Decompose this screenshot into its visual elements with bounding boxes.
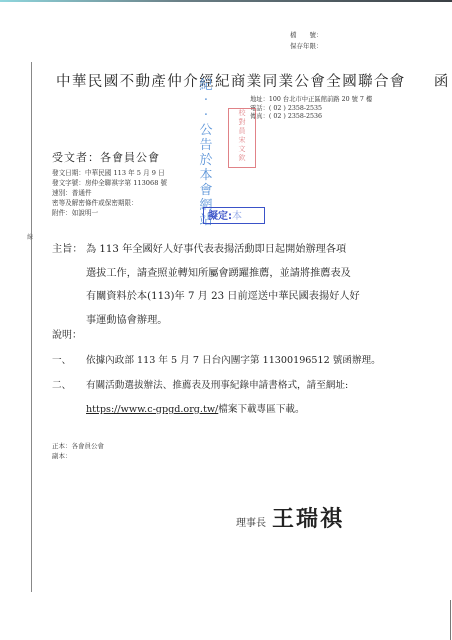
delivery-speed: 速別：普通件 [52,188,167,198]
scan-right-edge [450,600,451,640]
document-type: 函 [434,74,450,90]
file-no-label: 檔 號： [290,30,323,41]
attachment: 附件：如說明一 [52,208,167,218]
approval-stamp: 擬定:本 [203,207,265,224]
explanation-item-2: 二、有關活動選拔辦法、推薦表及刑事紀錄申請書格式，請至網址: [52,377,348,391]
red-proofreader-seal: 校 對 員 宋 文 欽 [228,108,256,168]
subject-line: 選拔工作，請查照並轉知所屬會踴躍推薦，並請將推薦表及 [86,262,432,286]
subject-line: 事運動協會辦理。 [86,309,432,333]
fax: 傳真：( 02 ) 2358-2536 [250,113,372,122]
organization-name: 中華民國不動產仲介經紀商業同業公會全國聯合會 [56,74,406,90]
signer-role: 理事長 [236,518,266,529]
document-title: 中華民國不動產仲介經紀商業同業公會全國聯合會函 [56,70,450,91]
file-meta: 檔 號： 保存年限： [290,30,323,52]
copies: 正本：各會員公會 副本： [52,441,104,461]
recipient: 受文者：各會員公會 [52,149,160,165]
subject-label: 主旨： [52,238,83,262]
scan-top-edge [0,0,452,2]
explanation-item-2-cont: https://www.c-gpgd.org.tw/檔案下載專區下載。 [86,401,305,415]
signer-name: 王瑞祺 [272,507,344,532]
retention-label: 保存年限： [290,41,323,52]
document-number: 發文字號：房仲全聯祺字第 113068 號 [52,178,167,188]
binding-mark: 線 [27,232,33,241]
issue-date: 發文日期：中華民國 113 年 5 月 9 日 [52,168,167,178]
explanation-item-1: 一、依據內政部 113 年 5 月 7 日台內團字第 11300196512 號… [52,352,381,366]
blue-publication-stamp: 紀 · · 公 告 於 本 會 網 站 [196,78,216,228]
address: 地址：100 台北市中正區館前路 20 號 7 樓 [250,96,372,105]
original-recipients: 正本：各會員公會 [52,441,104,451]
website-link[interactable]: https://www.c-gpgd.org.tw/ [86,404,218,415]
document-meta: 發文日期：中華民國 113 年 5 月 9 日 發文字號：房仲全聯祺字第 113… [52,168,167,218]
phone: 電話：( 02 ) 2358-2535 [250,105,372,114]
subject-section: 主旨： 為 113 年全國好人好事代表表揚活動即日起開始辦理各項 選拔工作，請查… [52,238,432,332]
signature: 理事長王瑞祺 [236,502,344,533]
explanation-label: 說明： [52,326,82,341]
confidentiality: 密等及解密條件或保密期限： [52,198,167,208]
subject-line: 為 113 年全國好人好事代表表揚活動即日起開始辦理各項 [86,238,432,262]
contact-info: 地址：100 台北市中正區館前路 20 號 7 樓 電話：( 02 ) 2358… [250,96,372,122]
subject-line: 有關資料於本(113)年 7 月 23 日前逕送中華民國表揚好人好 [86,285,432,309]
binding-line [31,62,32,592]
duplicate-recipients: 副本： [52,451,104,461]
